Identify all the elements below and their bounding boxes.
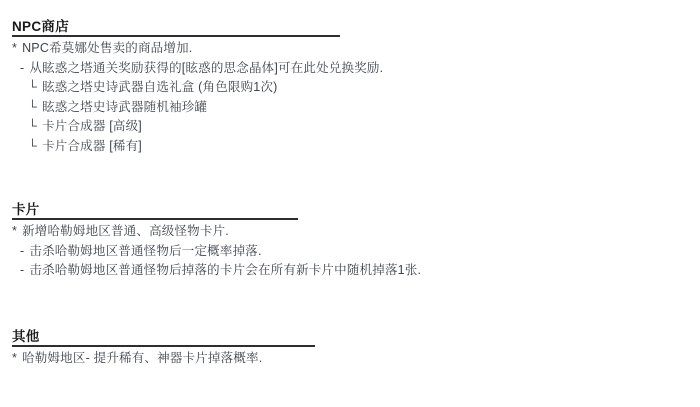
section-lines: * NPC希莫娜处售卖的商品增加. - 从眩惑之塔通关奖励获得的[眩惑的思念晶体… [12, 39, 383, 157]
section-underline [12, 345, 315, 347]
section: 卡片 * 新增哈勒姆地区普通、高级怪物卡片. - 击杀哈勒姆地区普通怪物后一定概… [12, 202, 421, 281]
list-item: └ 卡片合成器 [高级] [12, 117, 383, 137]
list-item-text: 击杀哈勒姆地区普通怪物后一定概率掉落. [29, 242, 261, 262]
section-title: 其他 [12, 329, 315, 344]
section-lines: * 新增哈勒姆地区普通、高级怪物卡片. - 击杀哈勒姆地区普通怪物后一定概率掉落… [12, 222, 421, 281]
list-item: * 哈勒姆地区- 提升稀有、神器卡片掉落概率. [12, 349, 315, 369]
list-item-text: 哈勒姆地区- 提升稀有、神器卡片掉落概率. [22, 349, 262, 369]
list-item: * NPC希莫娜处售卖的商品增加. [12, 39, 383, 59]
list-item: └ 卡片合成器 [稀有] [12, 137, 383, 157]
bullet-glyph: * [12, 39, 17, 59]
list-item: - 从眩惑之塔通关奖励获得的[眩惑的思念晶体]可在此处兑换奖励. [12, 59, 383, 79]
list-item-text: 从眩惑之塔通关奖励获得的[眩惑的思念晶体]可在此处兑换奖励. [29, 59, 383, 79]
list-item-text: NPC希莫娜处售卖的商品增加. [22, 39, 192, 59]
section: NPC商店 * NPC希莫娜处售卖的商品增加. - 从眩惑之塔通关奖励获得的[眩… [12, 19, 383, 157]
list-item: - 击杀哈勒姆地区普通怪物后一定概率掉落. [12, 242, 421, 262]
bullet-glyph: * [12, 349, 17, 369]
list-item: * 新增哈勒姆地区普通、高级怪物卡片. [12, 222, 421, 242]
list-item-text: 眩惑之塔史诗武器随机袖珍罐 [42, 98, 207, 118]
section-underline [12, 218, 298, 220]
list-item: └ 眩惑之塔史诗武器自选礼盒 (角色限购1次) [12, 78, 383, 98]
bullet-glyph: └ [28, 78, 37, 98]
section: 其他 * 哈勒姆地区- 提升稀有、神器卡片掉落概率. [12, 329, 315, 369]
section-title: 卡片 [12, 202, 421, 217]
list-item: └ 眩惑之塔史诗武器随机袖珍罐 [12, 98, 383, 118]
section-lines: * 哈勒姆地区- 提升稀有、神器卡片掉落概率. [12, 349, 315, 369]
bullet-glyph: └ [28, 137, 37, 157]
list-item-text: 眩惑之塔史诗武器自选礼盒 (角色限购1次) [42, 78, 277, 98]
bullet-glyph: └ [28, 98, 37, 118]
list-item-text: 卡片合成器 [稀有] [42, 137, 142, 157]
section-title: NPC商店 [12, 19, 383, 34]
bullet-glyph: * [12, 222, 17, 242]
list-item-text: 卡片合成器 [高级] [42, 117, 142, 137]
bullet-glyph: - [20, 242, 24, 262]
bullet-glyph: - [20, 59, 24, 79]
list-item-text: 击杀哈勒姆地区普通怪物后掉落的卡片会在所有新卡片中随机掉落1张. [29, 261, 421, 281]
bullet-glyph: - [20, 261, 24, 281]
list-item-text: 新增哈勒姆地区普通、高级怪物卡片. [22, 222, 229, 242]
patch-notes-document: NPC商店 * NPC希莫娜处售卖的商品增加. - 从眩惑之塔通关奖励获得的[眩… [0, 0, 700, 407]
section-underline [12, 35, 340, 37]
list-item: - 击杀哈勒姆地区普通怪物后掉落的卡片会在所有新卡片中随机掉落1张. [12, 261, 421, 281]
bullet-glyph: └ [28, 117, 37, 137]
